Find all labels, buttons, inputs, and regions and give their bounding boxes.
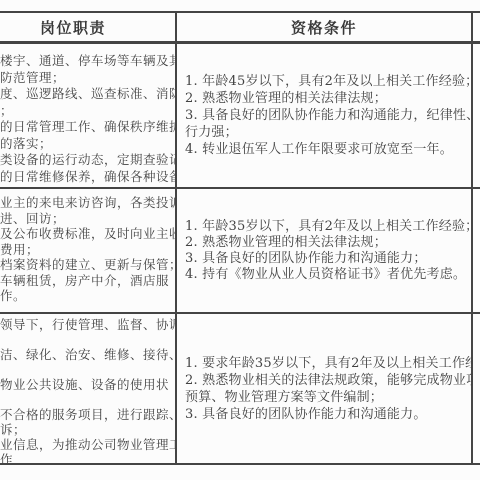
duties-cell: 业主的来电来访咨询，各类投诉 进、回访； 及公布收费标准，及时向业主收 费用； … [0,189,177,312]
duties-line: 及公布收费标准，及时向业主收 [0,226,175,242]
duties-line: 楼宇、通道、停车场等车辆及其 [0,53,175,70]
qualification-line: 预算、物业管理方案等文件编制； [185,389,471,406]
duties-header-cell: 岗位职责 [0,13,177,41]
duties-line [0,392,175,407]
qualification-line: 3. 具备良好的团队协作能力和沟通能力，纪律性、执 [185,107,471,124]
cropped-column-sliver [473,44,480,187]
table-header-row: 岗位职责 资格条件 [0,13,480,44]
table-row: 业主的来电来访咨询，各类投诉 进、回访； 及公布收费标准，及时向业主收 费用； … [0,189,480,314]
qualification-line: 3. 具备良好的团队协作能力和沟通能力。 [185,406,471,423]
duties-cell: 领导下，行使管理、监督、协调 洁、绿化、治安、维修、接待、 物业公共设施、设备的… [0,314,177,463]
qualification-line: 4. 转业退伍军人工作年限要求可放宽至一年。 [185,141,471,158]
duties-line: 作 [0,452,175,463]
cropped-column-sliver [473,189,480,312]
duties-line [0,362,175,377]
qualifications-cell: 1. 年龄45岁以下，具有2年及以上相关工作经验； 2. 熟悉物业管理的相关法律… [177,44,473,187]
duties-line: 不合格的服务项目，进行跟踪、 [0,407,175,422]
duties-header-label: 岗位职责 [40,17,106,38]
duties-line: 费用； [0,242,175,258]
duties-line: 诉； [0,422,175,437]
duties-line: 的落实； [0,136,175,153]
qualification-line: 2. 熟悉物业管理的相关法律法规； [185,90,471,107]
cropped-column-sliver [473,314,480,463]
job-requirements-table: 岗位职责 资格条件 楼宇、通道、停车场等车辆及其 防范管理； 度、巡逻路线、巡查… [0,11,480,465]
document-page: 岗位职责 资格条件 楼宇、通道、停车场等车辆及其 防范管理； 度、巡逻路线、巡查… [0,0,480,480]
duties-line: ； [0,103,175,120]
duties-line [0,332,175,347]
duties-line: 领导下，行使管理、监督、协调 [0,317,175,332]
duties-line: 洁、绿化、治安、维修、接待、 [0,347,175,362]
qualification-line: 4. 持有《物业从业人员资格证书》者优先考虑。 [185,267,471,283]
duties-line: 度、巡逻路线、巡查标准、消防 [0,86,175,103]
qualification-line: 3. 具备良好的团队协作能力和沟通能力； [185,251,471,267]
duties-line: 物业公共设施、设备的使用状 [0,377,175,392]
qualification-line: 2. 熟悉物业管理的相关法律法规； [185,235,471,251]
duties-line: 作。 [0,288,175,304]
qualification-line: 1. 年龄35岁以下，具有2年及以上相关工作经验； [185,219,471,235]
duties-line: 档案资料的建立、更新与保管； [0,257,175,273]
qualifications-cell: 1. 要求年龄35岁以下，具有2年及以上相关工作经验； 2. 熟悉物业相关的法律… [177,314,473,463]
duties-line: 的日常维修保养，确保各种设备 [0,169,175,186]
qualification-line: 行力强； [185,124,471,141]
duties-line: 业信息，为推动公司物业管理工 [0,437,175,452]
qualification-line: 1. 年龄45岁以下，具有2年及以上相关工作经验； [185,73,471,90]
duties-line: 类设备的运行动态，定期查验记 [0,152,175,169]
qualifications-header-label: 资格条件 [291,17,357,38]
duties-line: 进、回访； [0,211,175,227]
table-row: 楼宇、通道、停车场等车辆及其 防范管理； 度、巡逻路线、巡查标准、消防 ； 的日… [0,44,480,189]
qualifications-header-cell: 资格条件 [177,13,473,41]
table-row: 领导下，行使管理、监督、协调 洁、绿化、治安、维修、接待、 物业公共设施、设备的… [0,314,480,465]
cropped-column-sliver [473,13,480,41]
duties-line: 车辆租赁，房产中介，酒店服 [0,273,175,289]
duties-cell: 楼宇、通道、停车场等车辆及其 防范管理； 度、巡逻路线、巡查标准、消防 ； 的日… [0,44,177,187]
qualification-line: 2. 熟悉物业相关的法律法规政策，能够完成物业项目 [185,372,471,389]
duties-line: 防范管理； [0,70,175,87]
qualification-line: 1. 要求年龄35岁以下，具有2年及以上相关工作经验； [185,355,471,372]
duties-line: 业主的来电来访咨询，各类投诉 [0,195,175,211]
duties-line: 的日常管理工作、确保秩序维护 [0,119,175,136]
qualifications-cell: 1. 年龄35岁以下，具有2年及以上相关工作经验； 2. 熟悉物业管理的相关法律… [177,189,473,312]
